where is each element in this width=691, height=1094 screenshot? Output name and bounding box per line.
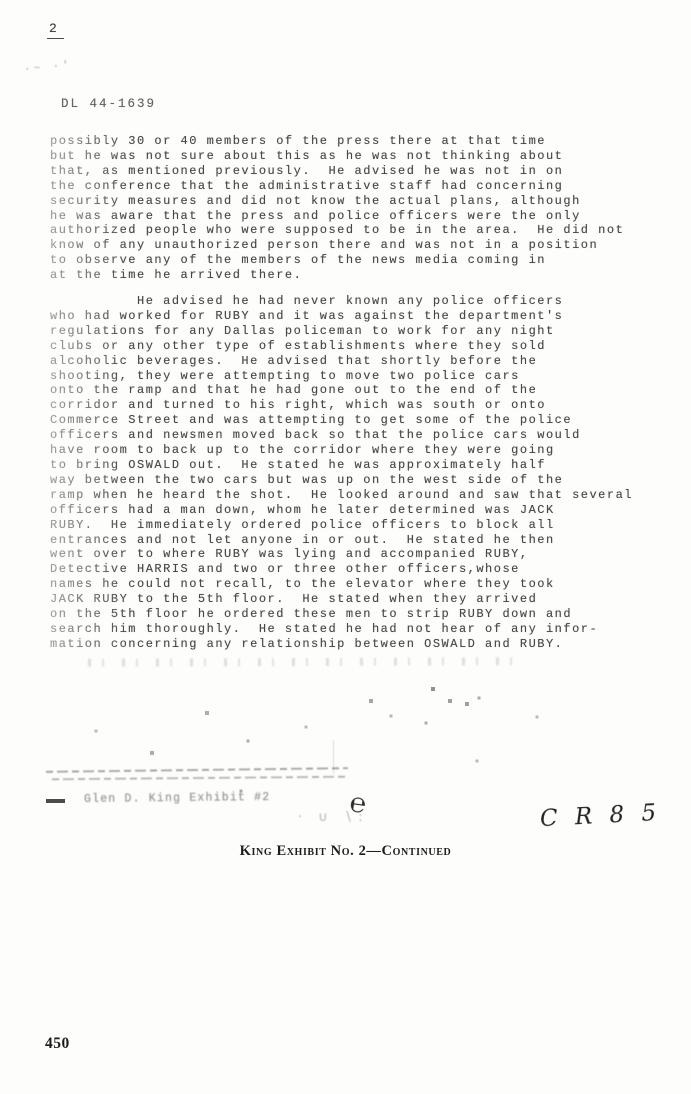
stamp-dash-mark	[46, 799, 65, 803]
dashed-smudge-line-lower	[52, 776, 348, 781]
body-paragraph-2: He advised he had never known any police…	[50, 294, 633, 652]
smudge-scribble-mark: ·~ ·'	[24, 60, 73, 77]
body-paragraph-1: possibly 30 or 40 members of the press t…	[50, 134, 624, 283]
ghost-faded-text-line	[88, 657, 528, 667]
faint-pencil-marks: · ∪ ∖:	[298, 810, 369, 825]
dashed-smudge-line-upper	[46, 767, 348, 773]
exhibit-caption: King Exhibit No. 2—Continued	[0, 843, 691, 860]
typed-page-number: 2	[47, 22, 64, 39]
page-number: 450	[45, 1035, 70, 1053]
case-number: DL 44-1639	[61, 97, 156, 112]
exhibit-stamp-text: Glen D. King Exhibit #2	[84, 791, 270, 808]
handwritten-cr85-annotation: C R 8 5	[539, 800, 661, 832]
document-page: 2 ·~ ·' DL 44-1639 possibly 30 or 40 mem…	[0, 0, 691, 1094]
toner-specks	[0, 0, 2, 2]
